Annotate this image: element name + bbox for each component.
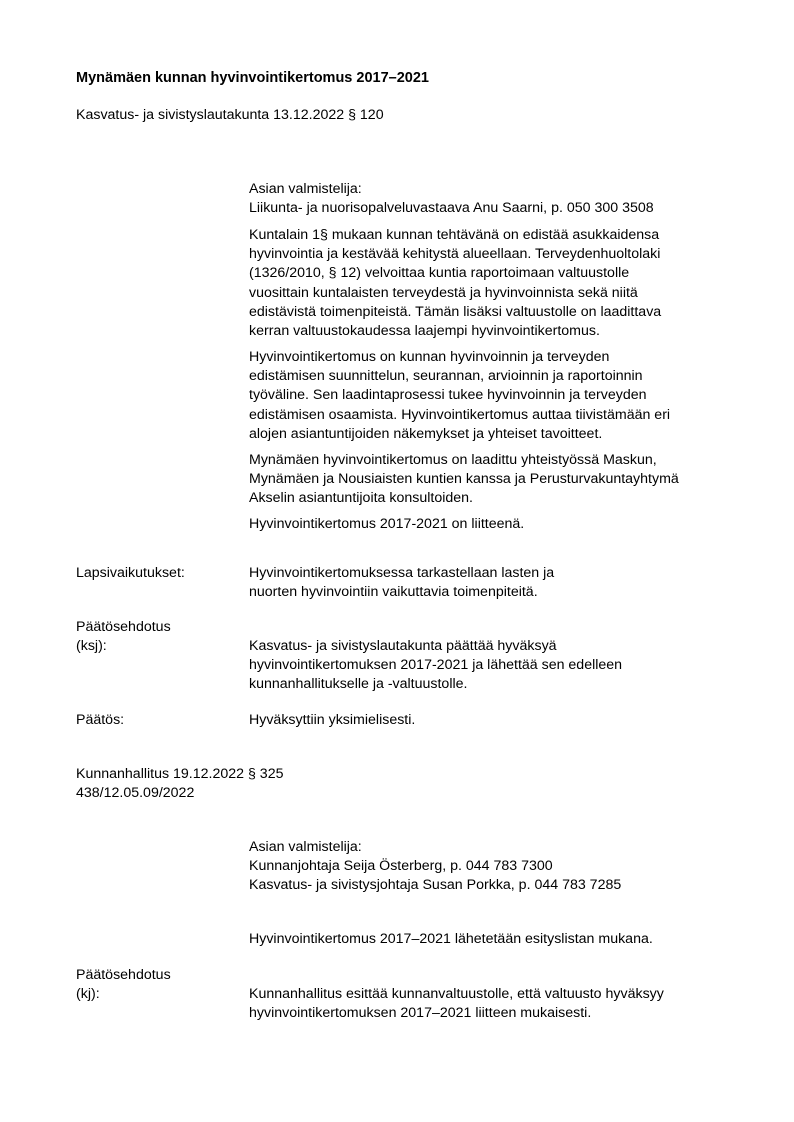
- section1-header: Kasvatus- ja sivistyslautakunta 13.12.20…: [76, 107, 384, 123]
- paragraph-2: Hyvinvointikertomus on kunnan hyvinvoinn…: [249, 348, 670, 444]
- paragraph-3: Mynämäen hyvinvointikertomus on laadittu…: [249, 451, 679, 509]
- preparer: Liikunta- ja nuorisopalveluvastaava Anu …: [249, 199, 654, 218]
- paragraph-1: Kuntalain 1§ mukaan kunnan tehtävänä on …: [249, 226, 661, 341]
- proposal-label: Päätösehdotus (ksj):: [76, 618, 171, 656]
- section2-proposal: Kunnanhallitus esittää kunnanvaltuustoll…: [249, 985, 664, 1023]
- child-impact: Hyvinvointikertomuksessa tarkastellaan l…: [249, 564, 554, 602]
- child-impact-label: Lapsivaikutukset:: [76, 564, 185, 583]
- section2-preparers: Asian valmistelija: Kunnanjohtaja Seija …: [249, 838, 621, 896]
- preparer-label: Asian valmistelija:: [249, 180, 362, 199]
- section2-proposal-label: Päätösehdotus (kj):: [76, 966, 171, 1004]
- document-title: Mynämäen kunnan hyvinvointikertomus 2017…: [76, 70, 429, 86]
- paragraph-4: Hyvinvointikertomus 2017-2021 on liittee…: [249, 515, 524, 534]
- proposal: Kasvatus- ja sivistyslautakunta päättää …: [249, 637, 622, 695]
- section2-header: Kunnanhallitus 19.12.2022 § 325 438/12.0…: [76, 765, 283, 803]
- section2-paragraph: Hyvinvointikertomus 2017–2021 lähetetään…: [249, 930, 653, 949]
- decision: Hyväksyttiin yksimielisesti.: [249, 711, 415, 730]
- decision-label: Päätös:: [76, 711, 124, 730]
